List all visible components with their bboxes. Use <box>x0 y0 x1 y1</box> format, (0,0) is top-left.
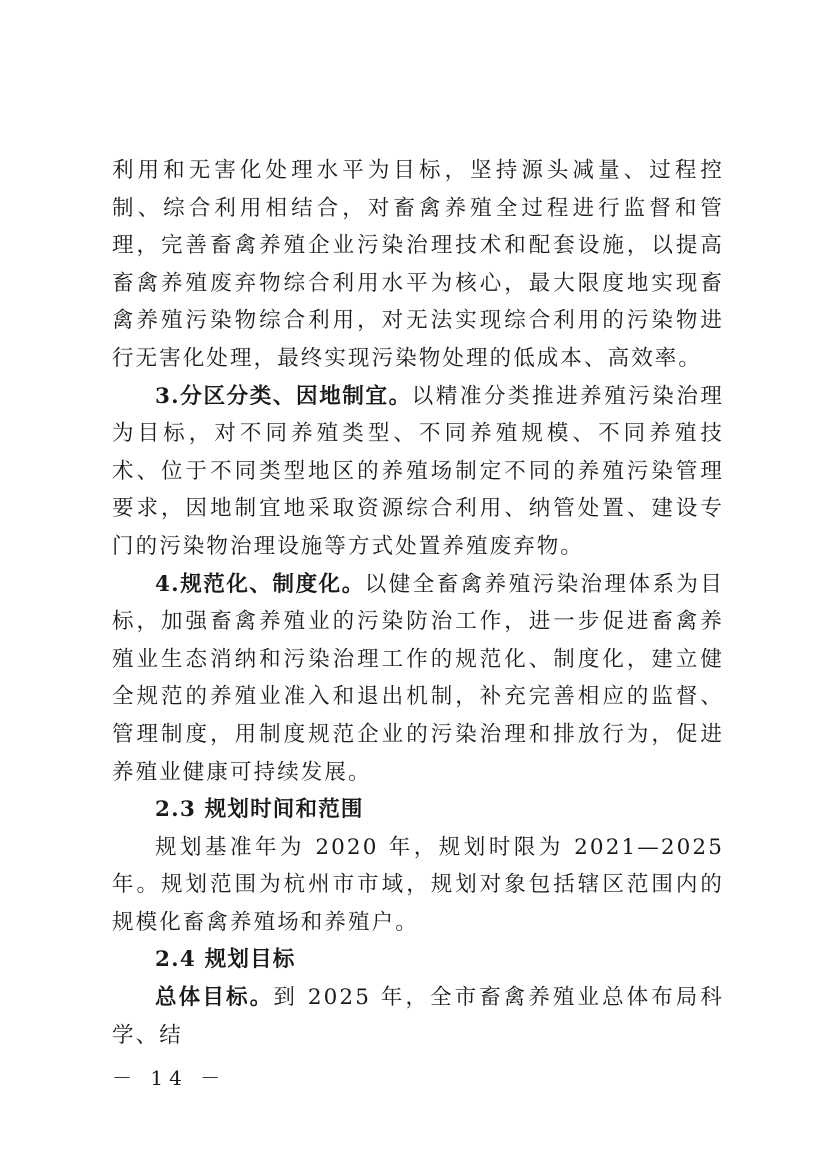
document-body: 利用和无害化处理水平为目标，坚持源头减量、过程控制、综合利用相结合，对畜禽养殖全… <box>112 152 724 1054</box>
principle-3-title: 3.分区分类、因地制宜。 <box>155 384 412 409</box>
paragraph-continuation: 利用和无害化处理水平为目标，坚持源头减量、过程控制、综合利用相结合，对畜禽养殖全… <box>112 152 724 378</box>
paragraph-text: 规划基准年为 2020 年，规划时限为 2021—2025 年。规划范围为杭州市… <box>112 835 724 935</box>
overall-goal-title: 总体目标。 <box>155 985 273 1010</box>
paragraph-principle-4: 4.规范化、制度化。以健全畜禽养殖污染治理体系为目标，加强畜禽养殖业的污染防治工… <box>112 566 724 792</box>
page-number: － 14 － <box>112 1062 226 1091</box>
paragraph-principle-3: 3.分区分类、因地制宜。以精准分类推进养殖污染治理为目标，对不同养殖类型、不同养… <box>112 378 724 566</box>
section-heading-2-4: 2.4 规划目标 <box>112 941 724 979</box>
paragraph-text: 利用和无害化处理水平为目标，坚持源头减量、过程控制、综合利用相结合，对畜禽养殖全… <box>112 158 724 371</box>
paragraph-planning-period: 规划基准年为 2020 年，规划时限为 2021—2025 年。规划范围为杭州市… <box>112 829 724 942</box>
paragraph-text: 以精准分类推进养殖污染治理为目标，对不同养殖类型、不同养殖规模、不同养殖技术、位… <box>112 384 724 559</box>
paragraph-overall-goal: 总体目标。到 2025 年，全市畜禽养殖业总体布局科学、结 <box>112 979 724 1054</box>
section-heading-2-3: 2.3 规划时间和范围 <box>112 791 724 829</box>
principle-4-title: 4.规范化、制度化。 <box>155 572 365 597</box>
paragraph-text: 以健全畜禽养殖污染治理体系为目标，加强畜禽养殖业的污染防治工作，进一步促进畜禽养… <box>112 572 724 785</box>
